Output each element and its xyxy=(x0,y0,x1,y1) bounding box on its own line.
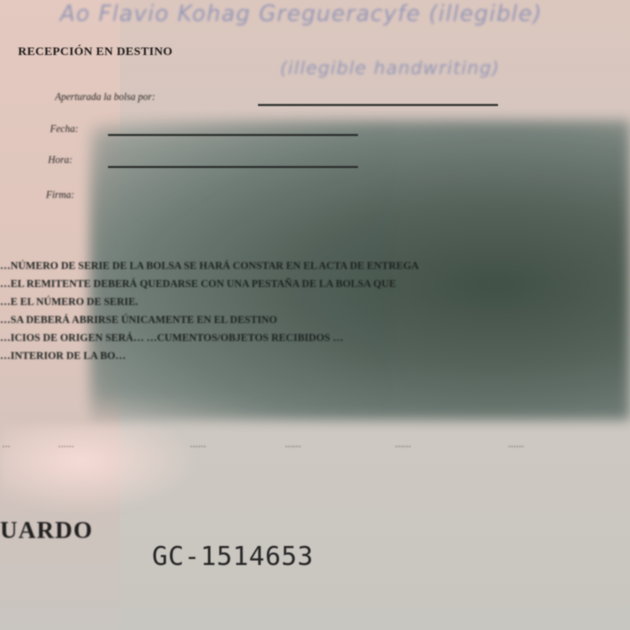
dotted-item: …… xyxy=(58,440,74,449)
section-title: RECEPCIÓN EN DESTINO xyxy=(18,44,173,59)
light-glare xyxy=(0,425,200,515)
field-label-signature: Firma: xyxy=(46,190,74,201)
field-label-time: Hora: xyxy=(48,155,72,166)
notice-line: …E EL NÚMERO DE SERIE. xyxy=(0,294,600,312)
field-line-time xyxy=(108,166,358,168)
serial-number: GC-1514653 xyxy=(152,542,314,572)
field-line-opened-by xyxy=(258,104,498,106)
notice-text: …NÚMERO DE SERIE DE LA BOLSA SE HARÁ CON… xyxy=(0,258,600,366)
handwritten-note-right: (illegible handwriting) xyxy=(280,58,500,79)
notice-line: …NÚMERO DE SERIE DE LA BOLSA SE HARÁ CON… xyxy=(0,258,600,276)
field-line-date xyxy=(108,134,358,136)
notice-line: …EL REMITENTE DEBERÁ QUEDARSE CON UNA PE… xyxy=(0,276,600,294)
bottom-label: UARDO xyxy=(0,518,93,545)
dotted-item: …… xyxy=(395,440,411,449)
notice-line: …SA DEBERÁ ABRIRSE ÚNICAMENTE EN EL DEST… xyxy=(0,312,600,330)
notice-line: …INTERIOR DE LA BO… xyxy=(0,348,600,366)
dotted-item: …… xyxy=(508,440,524,449)
dotted-text-row: … …… …… …… …… …… xyxy=(0,440,630,454)
dotted-item: … xyxy=(2,440,10,449)
handwritten-note-top: Ao Flavio Kohag Gregueracyfe (illegible) xyxy=(60,2,543,27)
notice-line: …ICIOS DE ORIGEN SERÁ… …CUMENTOS/OBJETOS… xyxy=(0,330,600,348)
dotted-item: …… xyxy=(190,440,206,449)
dotted-item: …… xyxy=(285,440,301,449)
field-label-date: Fecha: xyxy=(50,124,78,135)
field-label-opened-by: Aperturada la bolsa por: xyxy=(55,92,155,103)
